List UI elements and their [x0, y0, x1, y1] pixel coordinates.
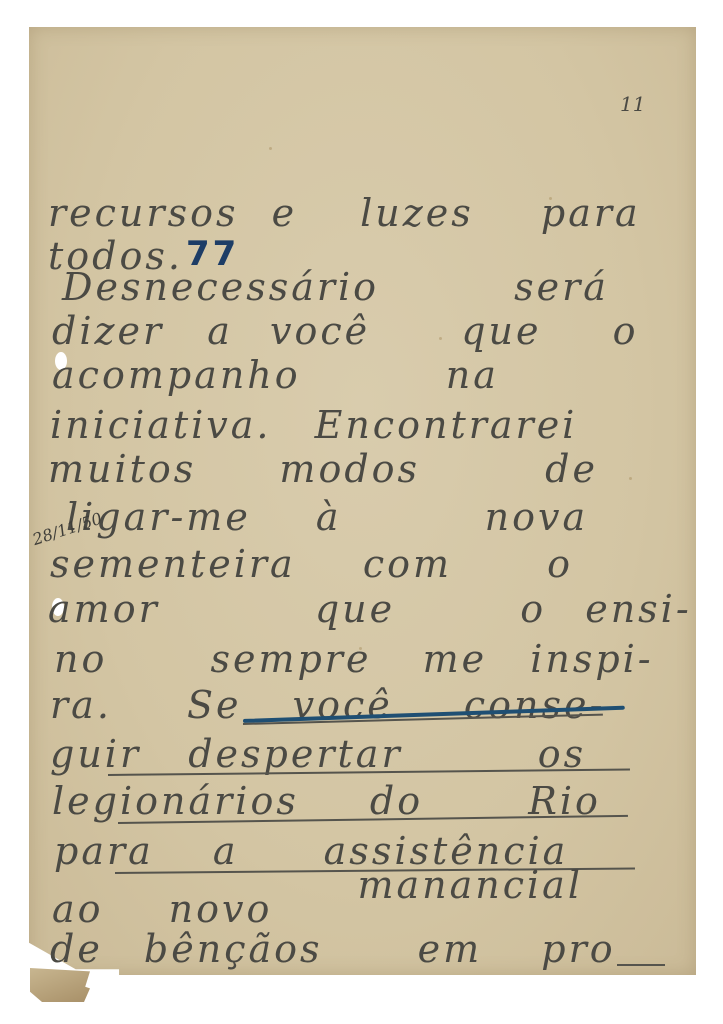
word: e — [272, 191, 298, 235]
word: do — [370, 779, 423, 823]
word: à — [316, 495, 342, 539]
word: para — [54, 829, 154, 873]
word: muitos — [48, 447, 196, 491]
word: inspi- — [530, 637, 653, 681]
word: iniciativa. — [50, 403, 272, 447]
continuation-dash — [617, 964, 665, 966]
word: pro — [541, 927, 615, 971]
word: modos — [279, 447, 420, 491]
word: de — [545, 447, 598, 491]
word: recursos — [48, 191, 238, 235]
word: sementeira — [50, 542, 296, 586]
word: sempre — [210, 637, 371, 681]
word: será — [514, 265, 609, 309]
word: ao — [52, 887, 104, 931]
text-line-17: de bênçãos em pro — [50, 930, 616, 968]
word: o — [547, 542, 573, 586]
word: você — [270, 309, 370, 353]
text-line-10: amor que o ensi- — [48, 590, 692, 628]
paper-speck — [269, 147, 272, 150]
word: conse- — [464, 683, 605, 727]
word: dizer — [52, 309, 164, 353]
word: que — [315, 587, 395, 631]
word: ensi- — [585, 587, 691, 631]
word: em — [418, 927, 483, 971]
word: com — [363, 542, 452, 586]
word: Se — [187, 683, 242, 727]
word: legionários — [52, 779, 299, 823]
word: guir — [50, 732, 141, 776]
word: para — [541, 191, 641, 235]
word: a — [213, 829, 239, 873]
word: me — [423, 637, 488, 681]
text-line-7: muitos modos de — [48, 450, 598, 488]
word: a — [207, 309, 233, 353]
paper-speck — [629, 477, 632, 480]
word: na — [446, 353, 499, 397]
word: amor — [48, 587, 160, 631]
word: no — [54, 637, 107, 681]
text-line-14: legionários do Rio — [52, 782, 601, 820]
word: Desnecessário — [62, 265, 379, 309]
page-number: 11 — [620, 92, 645, 116]
word: novo — [169, 887, 273, 931]
text-line-9: sementeira com o — [50, 545, 573, 583]
word: o — [520, 587, 546, 631]
word: Encontrarei — [315, 403, 578, 447]
text-line-1: recursos e luzes para — [48, 194, 641, 232]
word: de — [50, 927, 103, 971]
text-line-16: ao novo manancial — [52, 890, 583, 928]
text-line-6: iniciativa. Encontrarei — [50, 406, 577, 444]
torn-paper-corner — [30, 968, 90, 1002]
word: ra. — [50, 683, 112, 727]
text-line-11: no sempre me inspi- — [54, 640, 654, 678]
word: despertar — [188, 732, 402, 776]
text-line-13: guir despertar os — [50, 735, 586, 773]
word: bênçãos — [144, 927, 323, 971]
text-line-5: acompanho na — [52, 356, 499, 394]
word: nova — [485, 495, 588, 539]
text-line-3: Desnecessário será — [62, 268, 609, 306]
text-line-8: ligar-me à nova — [66, 498, 588, 536]
word: que — [461, 309, 541, 353]
word: o — [613, 309, 639, 353]
word: acompanho — [52, 353, 301, 397]
text-line-4: dizer a você que o — [52, 312, 639, 350]
word: manancial — [357, 863, 583, 907]
word: luzes — [360, 191, 474, 235]
